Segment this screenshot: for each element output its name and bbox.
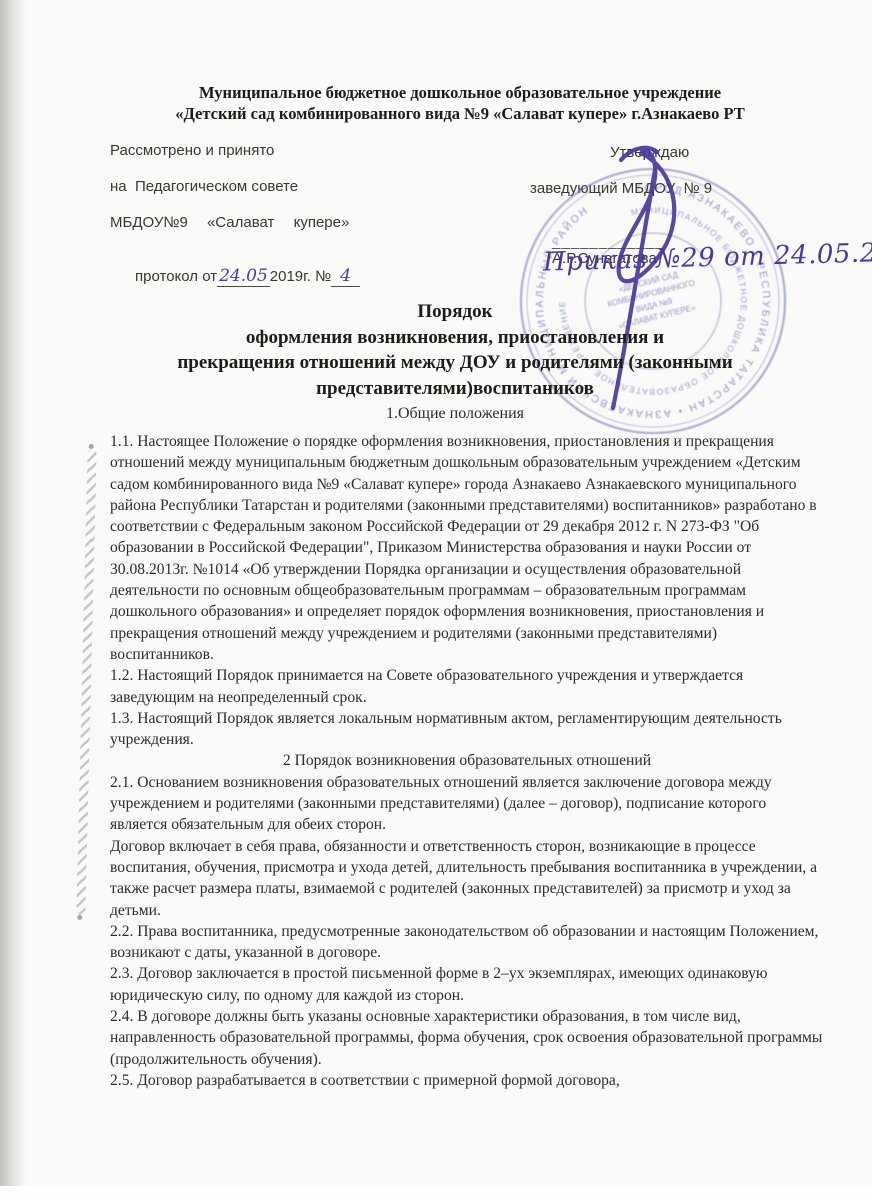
paragraph-2-1: 2.1. Основанием возникновения образовате… bbox=[110, 772, 824, 836]
scanned-document-page: Муниципальное бюджетное дошкольное образ… bbox=[0, 0, 872, 1200]
document-body: 1.1. Настоящее Положение о порядке оформ… bbox=[110, 431, 824, 1091]
institution-short-name: МБДОУ№9 «Салават купере» bbox=[110, 214, 349, 231]
section1-heading: 1.Общие положения bbox=[90, 403, 820, 425]
title-line2: оформления возникновения, приостановлени… bbox=[90, 325, 820, 351]
protocol-middle: 2019г. № bbox=[270, 268, 331, 285]
protocol-date-handwritten: 24.05 bbox=[217, 266, 270, 287]
paragraph-2-5: 2.5. Договор разрабатывается в соответст… bbox=[110, 1070, 824, 1091]
protocol-line: протокол от24.052019г. №4 bbox=[110, 249, 360, 303]
paragraph-1-3: 1.3. Настоящий Порядок является локальны… bbox=[110, 708, 824, 751]
scan-bottom-edge bbox=[0, 1186, 872, 1200]
section2-heading: 2 Порядок возникновения образовательных … bbox=[110, 750, 824, 771]
title-line4: представителями)воспитаников bbox=[90, 376, 820, 402]
organization-name-line2: «Детский сад комбинированного вида №9 «С… bbox=[110, 103, 810, 124]
title-line3: прекращения отношений между ДОУ и родите… bbox=[90, 350, 820, 376]
scan-left-edge-shadow bbox=[0, 0, 26, 1200]
paragraph-1-2: 1.2. Настоящий Порядок принимается на Со… bbox=[110, 665, 824, 708]
paragraph-2-3: 2.3. Договор заключается в простой письм… bbox=[110, 963, 824, 1006]
organization-header: Муниципальное бюджетное дошкольное образ… bbox=[110, 82, 810, 124]
document-title: Порядок оформления возникновения, приост… bbox=[90, 299, 820, 425]
paragraph-1-1: 1.1. Настоящее Положение о порядке оформ… bbox=[110, 431, 824, 665]
reviewed-accepted-label: Рассмотрено и принято bbox=[110, 142, 274, 159]
organization-name-line1: Муниципальное бюджетное дошкольное образ… bbox=[110, 82, 810, 103]
protocol-prefix: протокол от bbox=[135, 268, 217, 285]
paragraph-2-1-continued: Договор включает в себя права, обязаннос… bbox=[110, 836, 824, 921]
protocol-number-handwritten: 4 bbox=[331, 266, 360, 287]
pedagogical-council-label: на Педагогическом совете bbox=[110, 178, 298, 195]
binding-thread bbox=[76, 449, 96, 915]
paragraph-2-2: 2.2. Права воспитанника, предусмотренные… bbox=[110, 921, 824, 964]
title-line1: Порядок bbox=[90, 299, 820, 325]
paragraph-2-4: 2.4. В договоре должны быть указаны осно… bbox=[110, 1006, 824, 1070]
